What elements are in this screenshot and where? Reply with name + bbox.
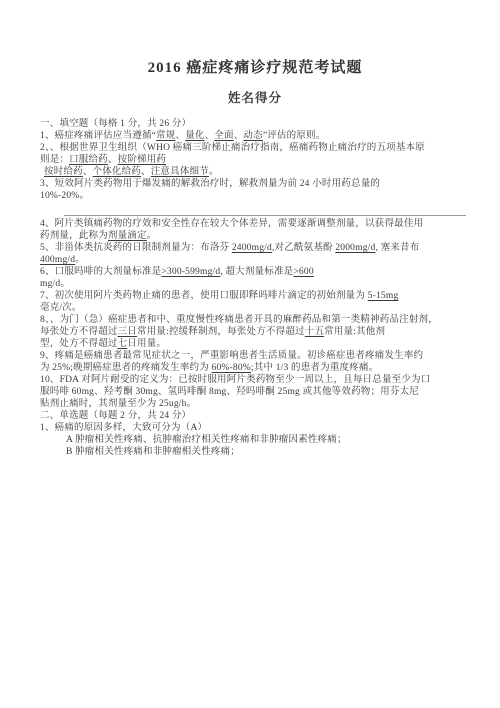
- fill-item-8-line-3: 型，处方不得超过七日用量。: [40, 338, 470, 350]
- text-segment: 常用量:其他剂: [324, 327, 385, 337]
- text-segment: 一、填空题（每格 1 分，共 26 分）: [40, 119, 191, 129]
- answer-blank: 2000mg/d: [335, 243, 375, 253]
- text-segment: ”评估的原则。: [263, 131, 326, 141]
- answer-blank: 剂量滴定: [108, 231, 147, 241]
- fill-item-9-line-1: 9、疼痛是癌痛患者最常见症状之一，严重影响患者生活质量。初诊癌症患者疼痛发生率约: [40, 350, 470, 362]
- text-segment: B 肿瘤相关性疼痛和非肿瘤相关性疼痛；: [66, 447, 240, 457]
- answer-blank: 全面: [214, 131, 233, 141]
- fill-item-10-line-1: 10、FDA 对阿片耐受的定义为：已按时服用阿片类药物至少一周以上，且每日总量至…: [40, 374, 470, 386]
- text-segment: ,对乙酰氨基酚: [272, 243, 335, 253]
- fill-item-7-line-1: 7、初次使用阿片类药物止痛的患者，使用口服即释吗啡片滴定的初始剂量为 5-15m…: [40, 290, 470, 302]
- text-segment: 2、、根据世界卫生组织（WHO 癌痛三阶梯止痛治疗指南，癌痛药物止痛治疗的五项基…: [40, 143, 425, 153]
- exam-document-page: 2016 癌症疼痛诊疗规范考试题 姓名得分 一、填空题（每格 1 分，共 26 …: [0, 0, 500, 708]
- text-segment: 二、单选题（每题 2 分，共 24 分）: [40, 411, 191, 421]
- text-segment: 5、非甾体类抗炎药的日限制剂量为：布洛芬: [40, 243, 232, 253]
- text-segment: 、: [175, 131, 185, 141]
- text-segment: 9、疼痛是癌痛患者最常见症状之一，严重影响患者生活质量。初诊癌症患者疼痛发生率约: [40, 351, 423, 361]
- text-segment: 每张处方不得超过: [40, 327, 118, 337]
- text-segment: 毫克/次。: [40, 303, 82, 313]
- fill-item-10-line-2: 服吗啡 60mg、羟考酮 30mg、氢吗啡酮 8mg、羟吗啡酮 25mg 或其他…: [40, 386, 470, 398]
- answer-blank: 注意具体细节: [151, 167, 209, 177]
- answer-blank: 常规: [156, 131, 175, 141]
- choice-section-header: 二、单选题（每题 2 分，共 24 分）: [40, 410, 470, 422]
- text-segment: 服吗啡 60mg、羟考酮 30mg、氢吗啡酮 8mg、羟吗啡酮 25mg 或其他…: [40, 387, 419, 397]
- text-segment: A 肿瘤相关性疼痛、抗肿瘤治疗相关性疼痛和非肿瘤因素性疼痛；: [66, 435, 347, 445]
- answer-blank: 十五: [305, 327, 324, 337]
- text-segment: 常用量:控缓释制剂，每张处方不得超过: [137, 327, 305, 337]
- page-title: 2016 癌症疼痛诊疗规范考试题: [40, 56, 470, 77]
- text-segment: 型，处方不得超过: [40, 339, 118, 349]
- fill-item-8-line-1: 8、、为门（急）癌症患者和中、重度慢性疼痛患者开具的麻醉药品和第一类精神药品注射…: [40, 314, 470, 326]
- answer-blank: 按阶梯用药: [118, 155, 167, 165]
- fill-item-2-line-1: 2、、根据世界卫生组织（WHO 癌痛三阶梯止痛治疗指南，癌痛药物止痛治疗的五项基…: [40, 142, 470, 154]
- answer-blank: 60%-80%: [212, 363, 251, 373]
- choice-item-1-option-a: A 肿瘤相关性疼痛、抗肿瘤治疗相关性疼痛和非肿瘤因素性疼痛；: [40, 434, 470, 446]
- text-segment: 、: [83, 167, 93, 177]
- text-segment: 。: [75, 255, 85, 265]
- answer-blank: 三日: [118, 327, 137, 337]
- fill-item-6-line-2: mg/d。: [40, 278, 470, 290]
- answer-blank: 口服给药: [69, 155, 108, 165]
- text-segment: ;其中 1/3 的患者为重度疼痛。: [251, 363, 378, 373]
- name-score-heading: 姓名得分: [40, 88, 470, 106]
- text-segment: 药剂量，此称为: [40, 231, 108, 241]
- text-segment: 则是：: [40, 155, 69, 165]
- text-segment: 6、口服吗啡的大剂量标准是: [40, 267, 161, 277]
- fill-item-1: 1、癌症疼痛评估应当遵循“常规、量化、全面、动态”评估的原则。: [40, 130, 470, 142]
- answer-blank: >300-599mg/d: [161, 267, 220, 277]
- choice-item-1-option-b: B 肿瘤相关性疼痛和非肿瘤相关性疼痛；: [40, 446, 470, 458]
- text-segment: 7、初次使用阿片类药物止痛的患者，使用口服即释吗啡片滴定的初始剂量为: [40, 291, 368, 301]
- fill-item-4-line-1: 4、阿片类镇痛药物的疗效和安全性存在较大个体差异，需要逐渐调整剂量，以获得最佳用: [40, 218, 470, 230]
- fill-item-7-line-2: 毫克/次。: [40, 302, 470, 314]
- text-segment: 4、阿片类镇痛药物的疗效和安全性存在较大个体差异，需要逐渐调整剂量，以获得最佳用: [40, 219, 423, 229]
- text-segment: 、: [234, 131, 244, 141]
- text-segment: , 超大剂量标准是: [220, 267, 293, 277]
- text-segment: 、: [141, 167, 151, 177]
- answer-blank: 量化: [185, 131, 204, 141]
- text-segment: mg/d。: [40, 279, 70, 289]
- text-segment: 8、、为门（急）癌症患者和中、重度慢性疼痛患者开具的麻醉药品和第一类精神药品注射…: [40, 315, 438, 325]
- choice-item-1: 1、癌痛的原因多样，大致可分为（A）: [40, 422, 470, 434]
- text-segment: 。: [209, 167, 219, 177]
- fill-item-6-line-1: 6、口服吗啡的大剂量标准是>300-599mg/d, 超大剂量标准是>600: [40, 266, 470, 278]
- fill-item-3-line-2: 10%-20%。: [40, 190, 470, 202]
- text-segment: 10%-20%。: [40, 191, 89, 201]
- answer-blank: 个体化给药: [93, 167, 142, 177]
- answer-blank: 七: [118, 339, 128, 349]
- text-segment: 日用量。: [127, 339, 166, 349]
- fill-item-5-line-1: 5、非甾体类抗炎药的日限制剂量为：布洛芬 2400mg/d,对乙酰氨基酚 200…: [40, 242, 470, 254]
- text-segment: 3、短效阿片类药物用于爆发痛的解救治疗时，解救剂量为前 24 小时用药总量的: [40, 179, 380, 189]
- fill-item-8-line-2: 每张处方不得超过三日常用量:控缓释制剂，每张处方不得超过十五常用量:其他剂: [40, 326, 470, 338]
- section-divider: [64, 215, 466, 216]
- fill-section-header: 一、填空题（每格 1 分，共 26 分）: [40, 118, 470, 130]
- text-segment: 、: [205, 131, 215, 141]
- answer-blank: >600: [293, 267, 313, 277]
- answer-blank: 动态: [243, 131, 262, 141]
- fill-item-10-line-3: 贴剂止痛时，其剂量至少为 25ug/h。: [40, 398, 470, 410]
- text-segment: 。: [147, 231, 157, 241]
- text-segment: 1、癌症疼痛评估应当遵循“: [40, 131, 156, 141]
- answer-blank: 按时给药: [44, 167, 83, 177]
- fill-item-2-line-3: 按时给药、个体化给药、注意具体细节。: [40, 166, 470, 178]
- answer-blank: 400mg/d: [40, 255, 75, 265]
- text-segment: 10、FDA 对阿片耐受的定义为：已按时服用阿片类药物至少一周以上，且每日总量至…: [40, 375, 430, 385]
- text-segment: , 塞来昔布: [375, 243, 419, 253]
- answer-blank: 5-15mg: [368, 291, 399, 301]
- fill-item-5-line-2: 400mg/d。: [40, 254, 470, 266]
- document-body: 一、填空题（每格 1 分，共 26 分）1、癌症疼痛评估应当遵循“常规、量化、全…: [40, 118, 470, 458]
- fill-item-3-line-1: 3、短效阿片类药物用于爆发痛的解救治疗时，解救剂量为前 24 小时用药总量的: [40, 178, 470, 190]
- fill-item-2-line-2: 则是：口服给药、按阶梯用药: [40, 154, 470, 166]
- fill-item-9-line-2: 为 25%;晚期癌症患者的疼痛发生率约为 60%-80%;其中 1/3 的患者为…: [40, 362, 470, 374]
- text-segment: 为 25%;晚期癌症患者的疼痛发生率约为: [40, 363, 212, 373]
- fill-item-4-line-2: 药剂量，此称为剂量滴定。: [40, 230, 470, 242]
- answer-blank: 2400mg/d: [232, 243, 272, 253]
- text-segment: 1、癌痛的原因多样，大致可分为（A）: [40, 423, 207, 433]
- text-segment: 、: [108, 155, 118, 165]
- text-segment: 贴剂止痛时，其剂量至少为 25ug/h。: [40, 399, 196, 409]
